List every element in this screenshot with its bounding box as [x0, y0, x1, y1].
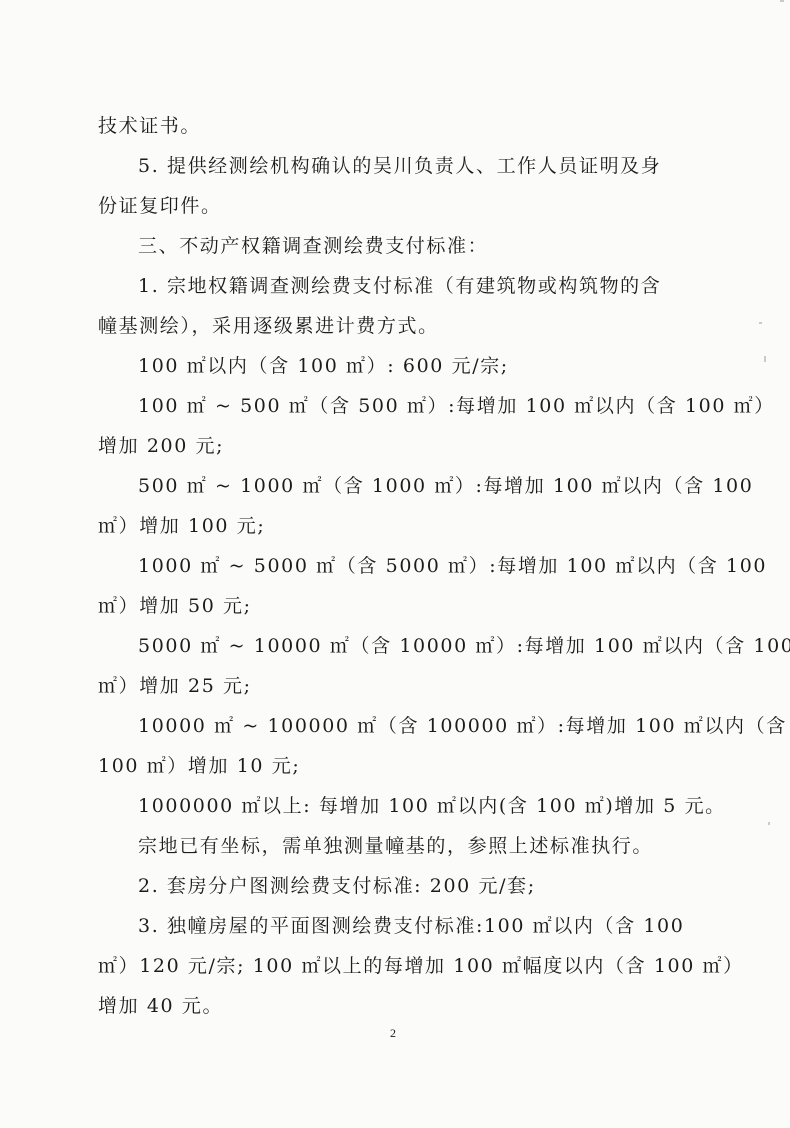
text-line: 1000000 ㎡以上: 每增加 100 ㎡以内(含 100 ㎡)增加 5 元。 [138, 793, 726, 819]
text-line: 2. 套房分户图测绘费支付标准: 200 元/套; [138, 873, 536, 899]
text-line: 100 ㎡以内（含 100 ㎡）: 600 元/宗; [138, 353, 509, 379]
text-line: ㎡）增加 50 元; [98, 593, 252, 619]
text-line: 1. 宗地权籍调查测绘费支付标准（有建筑物或构筑物的含 [138, 273, 661, 299]
text-line: 3. 独幢房屋的平面图测绘费支付标准:100 ㎡以内（含 100 [138, 913, 684, 939]
scan-speck [764, 356, 766, 362]
text-line: 宗地已有坐标，需单独测量幢基的，参照上述标准执行。 [138, 833, 653, 859]
text-line: ㎡）120 元/宗; 100 ㎡以上的每增加 100 ㎡幅度以内（含 100 ㎡… [98, 953, 744, 979]
text-line: 份证复印件。 [98, 193, 222, 219]
text-line: 增加 200 元; [98, 433, 224, 459]
text-line: 500 ㎡ ~ 1000 ㎡（含 1000 ㎡）:每增加 100 ㎡以内（含 1… [138, 473, 753, 499]
text-line: 幢基测绘），采用逐级累进计费方式。 [98, 313, 439, 339]
section-heading: 三、不动产权籍调查测绘费支付标准： [138, 233, 488, 259]
text-line: 100 ㎡ ~ 500 ㎡（含 500 ㎡）:每增加 100 ㎡以内（含 100… [138, 393, 775, 419]
text-line: 100 ㎡）增加 10 元; [98, 753, 300, 779]
text-line: 1000 ㎡ ~ 5000 ㎡（含 5000 ㎡）:每增加 100 ㎡以内（含 … [138, 553, 767, 579]
scan-speck [759, 322, 762, 324]
text-line: ㎡）增加 100 元; [98, 513, 265, 539]
scan-speck [780, 0, 784, 2]
page-number: 2 [390, 1026, 396, 1041]
text-line: ㎡）增加 25 元; [98, 673, 252, 699]
text-line: 增加 40 元。 [98, 993, 223, 1019]
text-line: 5. 提供经测绘机构确认的吴川负责人、工作人员证明及身 [138, 153, 661, 179]
text-line: 5000 ㎡ ~ 10000 ㎡（含 10000 ㎡）:每增加 100 ㎡以内（… [138, 633, 790, 659]
document-page: 技术证书。 5. 提供经测绘机构确认的吴川负责人、工作人员证明及身 份证复印件。… [0, 0, 790, 1128]
scan-speck [768, 822, 770, 825]
text-line: 技术证书。 [98, 113, 201, 139]
text-line: 10000 ㎡ ~ 100000 ㎡（含 100000 ㎡）:每增加 100 ㎡… [138, 713, 787, 739]
